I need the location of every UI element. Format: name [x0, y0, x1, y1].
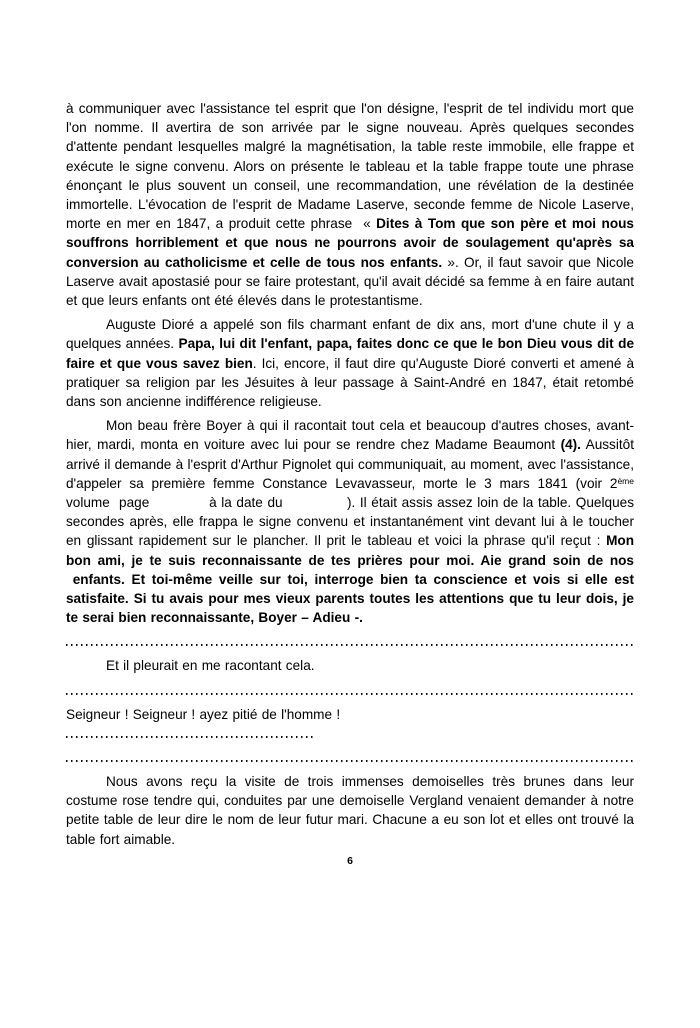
page-body: à communiquer avec l'assistance tel espr… — [66, 99, 634, 868]
text-segment: Nous avons reçu la visite de trois immen… — [66, 774, 634, 847]
text-segment: volume page à la date du ). Il était ass… — [66, 495, 634, 548]
paragraph: à communiquer avec l'assistance tel espr… — [66, 99, 634, 310]
text-segment: à communiquer avec l'assistance tel espr… — [66, 101, 634, 231]
superscript-segment: ème — [617, 476, 634, 486]
paragraph: Nous avons reçu la visite de trois immen… — [66, 772, 634, 849]
paragraph: Auguste Dioré a appelé son fils charmant… — [66, 315, 634, 411]
text-segment: Mon beau frère Boyer à qui il racontait … — [66, 418, 634, 452]
document-page: à communiquer avec l'assistance tel espr… — [0, 0, 700, 1028]
paragraph: Mon beau frère Boyer à qui il racontait … — [66, 416, 634, 627]
dotted-separator — [66, 748, 634, 767]
text-segment: Seigneur ! Seigneur ! ayez pitié de l'ho… — [66, 707, 340, 722]
dotted-separator — [66, 632, 634, 651]
bold-segment: (4). — [561, 437, 581, 452]
dotted-separator — [66, 681, 634, 700]
text-segment: Et il pleurait en me racontant cela. — [106, 658, 315, 673]
text-blocks: à communiquer avec l'assistance tel espr… — [66, 99, 634, 849]
paragraph: Et il pleurait en me racontant cela. — [66, 656, 634, 675]
dotted-separator — [66, 724, 316, 743]
paragraph: Seigneur ! Seigneur ! ayez pitié de l'ho… — [66, 705, 634, 724]
page-number: 6 — [66, 854, 634, 868]
